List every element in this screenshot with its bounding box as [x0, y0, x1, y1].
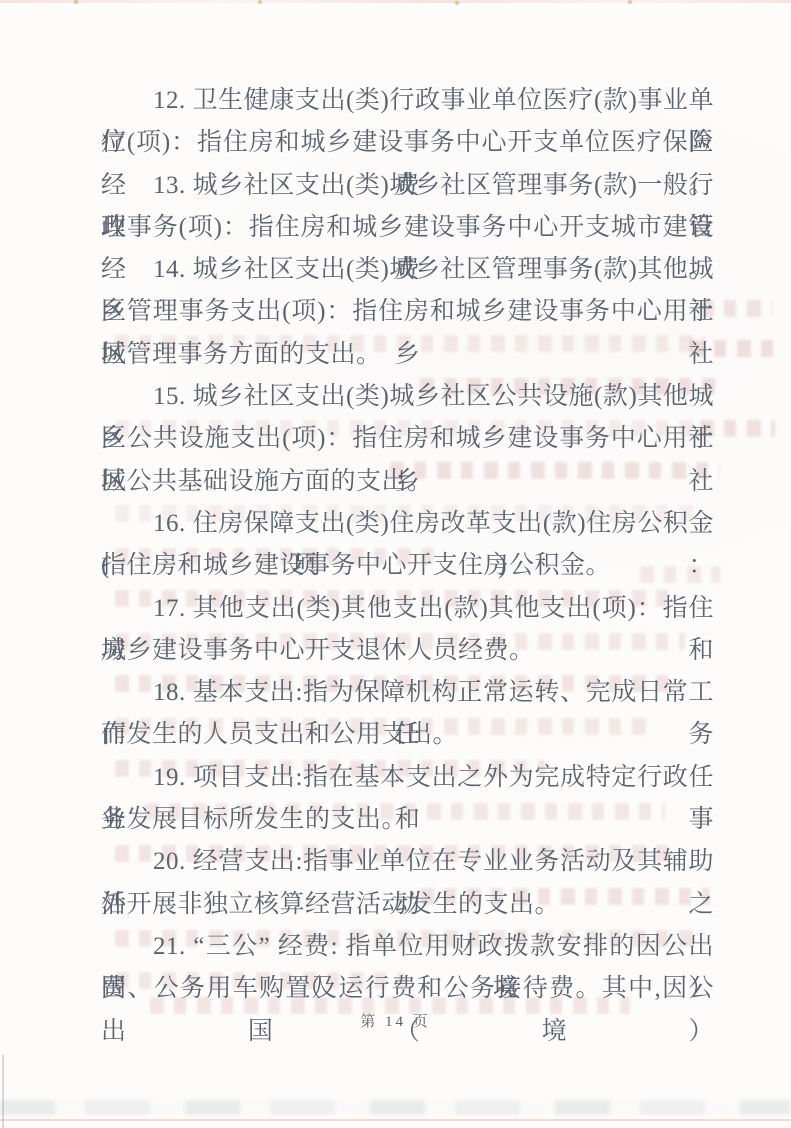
text-line: 理事务(项)：指住房和城乡建设事务中心开支城市建设经费。 — [101, 207, 714, 249]
text-line: 12. 卫生健康支出(类)行政事业单位医疗(款)事业单位医 — [101, 80, 714, 122]
text-line: 19. 项目支出:指在基本支出之外为完成特定行政任务和事 — [101, 757, 714, 799]
text-line: 18. 基本支出:指为保障机构正常运转、完成日常工作任务 — [101, 672, 714, 714]
text-line: 20. 经营支出:指事业单位在专业业务活动及其辅助活动之 — [101, 841, 714, 883]
text-line: 费、公务用车购置及运行费和公务接待费。其中,因公出国（境） — [101, 968, 714, 1010]
text-line: 13. 城乡社区支出(类)城乡社区管理事务(款)一般行政管 — [101, 165, 714, 207]
document-body: 12. 卫生健康支出(类)行政事业单位医疗(款)事业单位医疗(项)：指住房和城乡… — [101, 80, 714, 1011]
scan-edge-artifact-bottom — [0, 1100, 791, 1115]
page-number: 第 14 页 — [0, 1010, 791, 1031]
scan-speck — [628, 0, 632, 4]
scan-speck — [74, 0, 78, 4]
text-line: 16. 住房保障支出(类)住房改革支出(款)住房公积金(项)： — [101, 503, 714, 545]
scan-speck — [455, 1, 459, 5]
text-line: 15. 城乡社区支出(类)城乡社区公共设施(款)其他城乡社 — [101, 376, 714, 418]
scanned-document-page: 12. 卫生健康支出(类)行政事业单位医疗(款)事业单位医疗(项)：指住房和城乡… — [0, 0, 791, 1128]
text-line: 21. “三公” 经费: 指单位用财政拨款安排的因公出国（境） — [101, 926, 714, 968]
scan-edge-line-bottom — [0, 1119, 791, 1121]
scan-speck — [258, 0, 262, 4]
text-line: 区公共设施支出(项)：指住房和城乡建设事务中心用于城乡社 — [101, 418, 714, 460]
scan-edge-artifact-top — [0, 0, 791, 3]
text-line: 14. 城乡社区支出(类)城乡社区管理事务(款)其他城乡社 — [101, 249, 714, 291]
scan-edge-line-left — [2, 1055, 4, 1128]
text-line: 疗(项)：指住房和城乡建设事务中心开支单位医疗保险经费。 — [101, 122, 714, 164]
text-line: 区管理事务支出(项)：指住房和城乡建设事务中心用于城乡社 — [101, 291, 714, 333]
text-line: 17. 其他支出(类)其他支出(款)其他支出(项)：指住房和 — [101, 588, 714, 630]
